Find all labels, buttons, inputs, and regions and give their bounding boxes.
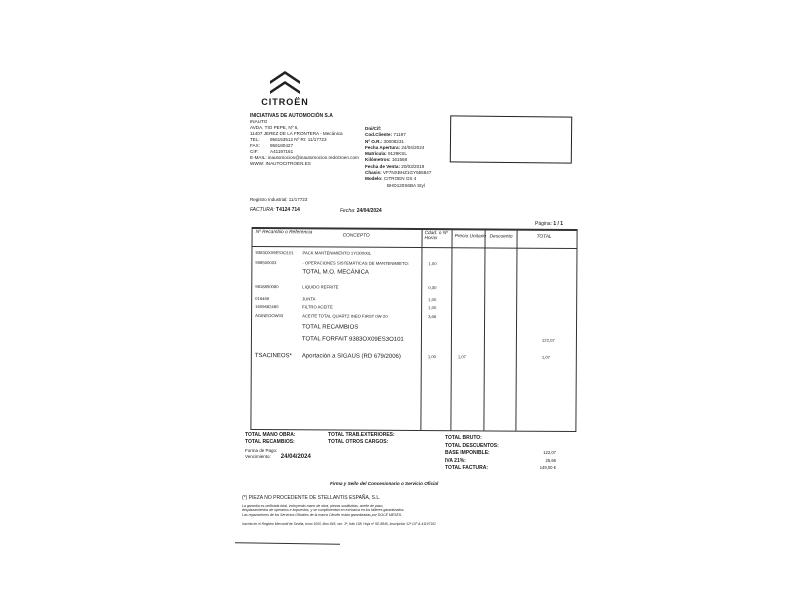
registro-mercantil: Inscrita en el Registro Mercantil de Sev… <box>242 522 436 526</box>
header-ref: Nº Recambio o Referencia <box>256 230 316 235</box>
cell-concept: TOTAL M.O. MECÁNICA <box>302 269 369 275</box>
invoice-number: FACTURA: T4124 714 <box>250 207 300 213</box>
total-trab-ext: TOTAL TRAB.EXTERIORES: <box>328 432 395 439</box>
header-price: Precio Unitario <box>455 234 486 239</box>
fax-value: 956180427 <box>270 143 293 148</box>
base-label: BASE IMPONIBLE: <box>445 450 499 458</box>
cell-total: 1,07 <box>542 355 550 360</box>
web-value: INAUTOCITROEN.ES <box>265 161 310 166</box>
web-label: WWW: <box>250 161 264 166</box>
vencimiento-value: 24/04/2024 <box>281 454 311 460</box>
factura-label: FACTURA: <box>250 207 275 213</box>
col-divider <box>515 231 517 431</box>
cell-qty: 1,00 <box>428 354 436 359</box>
iva-label: IVA 21%: <box>445 458 499 466</box>
fecha-value: 24/04/2024 <box>357 208 382 214</box>
cell-concept: TOTAL FORFAIT 9383OX09ES3O101 <box>302 336 404 343</box>
cell-ref: 1609682480 <box>255 304 278 309</box>
modelo-label: Modelo: <box>365 176 383 182</box>
table-header: Nº Recambio o Referencia CONCEPTO Cdad. … <box>253 229 577 249</box>
factura-value: T4124 714 <box>276 207 300 213</box>
modelo-value: CITROEN GS 4 <box>384 176 416 181</box>
email-value: inautomocion@inautomocion.redcitroen.com <box>268 155 359 160</box>
total-descuentos: TOTAL DESCUENTOS: <box>445 443 499 451</box>
cell-concept: Aportación a SIGAUS (RD 679/2006) <box>302 353 401 360</box>
cell-ref: 9818850080 <box>255 284 278 289</box>
cell-concept: - OPERACIONES SISTEMÁTICAS DE MANTENIMIE… <box>302 260 409 266</box>
registro-industrial: Registro Industrial: 11/17723 <box>250 197 307 202</box>
header-discount: Descuento <box>490 234 513 239</box>
totals-left: TOTAL MANO OBRA: TOTAL RECAMBIOS: <box>245 432 296 446</box>
cell-ref: TSACINEOS* <box>255 353 292 359</box>
fecha-label: Fecha: <box>340 208 355 214</box>
total-factura-value: 149,00 € <box>536 464 556 472</box>
cell-price: 1,07 <box>458 354 466 359</box>
pagina-value: 1 / 1 <box>553 221 563 227</box>
col-divider <box>420 230 422 430</box>
cell-total: 122,07 <box>542 338 555 343</box>
cell-qty: 1,00 <box>428 261 436 266</box>
cell-concept: LIQUIDO REFRITE <box>302 284 338 289</box>
header-qty: Cdad. o Nº Horas <box>425 231 453 241</box>
citroen-logo: CITROËN <box>255 68 315 107</box>
cell-ref: AGINEOOW03 <box>255 313 283 318</box>
signature-line <box>235 542 340 544</box>
cell-ref: 908500003 <box>255 260 276 265</box>
signature-caption: Firma y Sello del Concesionario o Servic… <box>330 481 438 486</box>
brand-name: CITROËN <box>255 97 315 107</box>
cell-concept: TOTAL RECAMBIOS <box>302 324 358 330</box>
iva-value: 25,66 <box>536 457 556 465</box>
cell-qty: 3,66 <box>428 314 436 319</box>
cell-concept: JUNTA <box>302 296 315 301</box>
invoice-date: Fecha: 24/04/2024 <box>340 208 382 214</box>
modelo-value-2: BHD120S6BA Styl <box>365 183 475 189</box>
col-divider <box>483 230 485 430</box>
matricula-value: 9129KSL <box>388 151 407 156</box>
venta-value: 20/03/2019 <box>401 164 424 169</box>
tel-value: 956153512 Nº RI: 11/17723 <box>270 137 327 142</box>
or-value: 30008231 <box>384 139 404 144</box>
address-window-box <box>450 115 572 163</box>
chasis-value: VF7NXBHZ1GY555847 <box>383 170 432 175</box>
payment-info: Forma de Pago: Vencimiento:24/04/2024 <box>245 448 311 460</box>
invoice-table: Nº Recambio o Referencia CONCEPTO Cdad. … <box>250 227 577 432</box>
warranty-line-3: Las reparaciones de los Servicios Oficia… <box>242 513 522 517</box>
pieza-note: (*) PIEZA NO PROCEDENTE DE STELLANTIS ES… <box>242 495 381 501</box>
total-recambios: TOTAL RECAMBIOS: <box>245 439 296 446</box>
totals-values: 122,07 25,66 149,00 € <box>536 449 556 472</box>
total-otros: TOTAL OTROS CARGOS: <box>328 439 395 446</box>
vencimiento-label: Vencimiento: <box>245 454 271 459</box>
totals-right: TOTAL BRUTO: TOTAL DESCUENTOS: BASE IMPO… <box>445 435 499 473</box>
cell-ref: 9383OX09ES3O101 <box>255 250 293 255</box>
total-bruto: TOTAL BRUTO: <box>445 435 499 443</box>
cell-qty: 1,00 <box>428 297 436 302</box>
cell-concept: PACK MANTENIMIENTO 1Y/30000L <box>302 250 371 255</box>
cif-value: A41197161 <box>270 149 293 154</box>
total-factura-label: TOTAL FACTURA: <box>445 465 499 473</box>
cell-qty: 1,00 <box>428 305 436 310</box>
total-mano-obra: TOTAL MANO OBRA: <box>245 432 296 439</box>
cell-concept: FILTRO ACEITE <box>302 304 333 309</box>
km-value: 161568 <box>392 157 407 162</box>
cell-qty: 0,30 <box>428 285 436 290</box>
company-info: INICIATIVAS DE AUTOMOCIÓN S.A INAUTO AVD… <box>250 113 380 167</box>
header-concept: CONCEPTO <box>343 234 370 239</box>
totals-middle: TOTAL TRAB.EXTERIORES: TOTAL OTROS CARGO… <box>328 432 395 446</box>
apertura-value: 24/04/2024 <box>401 145 424 150</box>
cell-concept: ACEITE TOTAL QUARTZ INEO FIRST 0W-20 <box>302 313 388 319</box>
pagina-label: Página: <box>535 221 552 227</box>
warranty-text: La garantía es unificada total, incluyen… <box>242 504 522 517</box>
client-value: 71197 <box>393 132 405 137</box>
citroen-chevron-icon <box>268 68 302 96</box>
header-total: TOTAL <box>537 235 552 240</box>
cell-ref: 016469 <box>255 296 269 301</box>
base-value: 122,07 <box>536 449 556 457</box>
page-indicator: Página: 1 / 1 <box>535 221 563 227</box>
email-label: E-MAIL: <box>250 155 267 160</box>
col-divider <box>450 230 452 430</box>
